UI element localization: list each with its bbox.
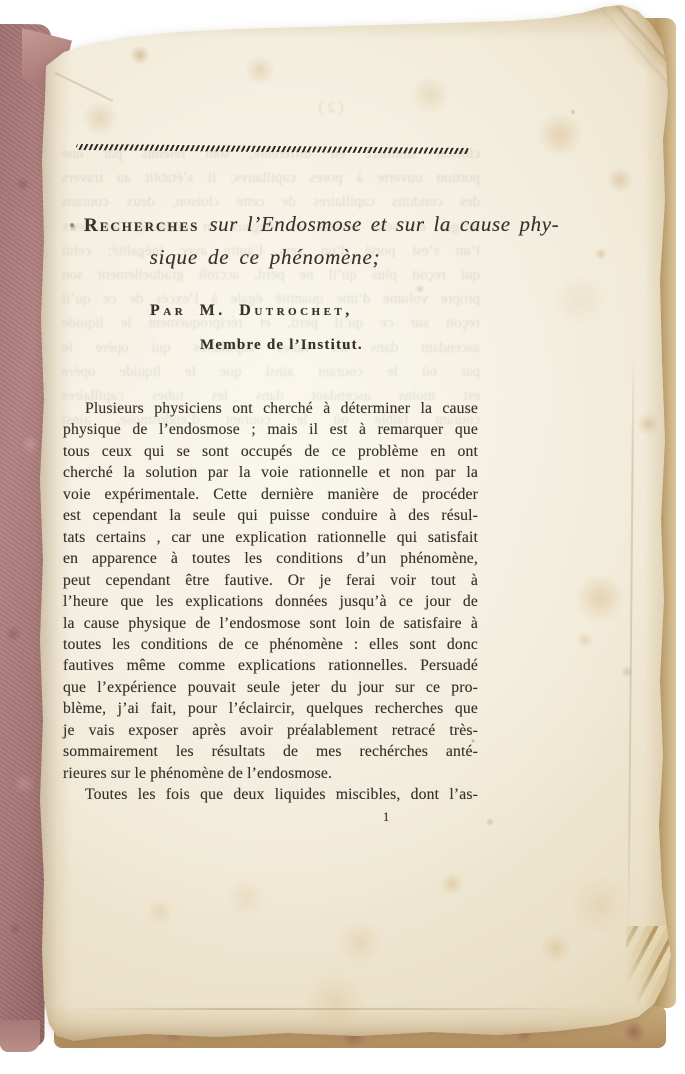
body-line: Toutes les fois que deux liquides miscib… <box>63 784 478 805</box>
decorative-wavy-rule <box>76 144 470 154</box>
body-line: est cependant la seule qui puisse condui… <box>63 505 478 526</box>
body-line: la cause physique de l’endosmose sont lo… <box>63 613 478 634</box>
title-italic: sur l’Endosmose et sur la cause phy- <box>209 212 559 236</box>
author-affiliation: Membre de l’Institut. <box>200 337 363 354</box>
body-line: physique de l’endosmose ; mais il est à … <box>63 419 478 440</box>
body-line: Plusieurs physiciens ont cherché à déter… <box>63 398 478 419</box>
body-line: l’heure que les explications données jus… <box>63 591 478 612</box>
body-line: en apparence à toutes les conditions d’u… <box>63 548 478 569</box>
body-line: tats certains , car une explication rati… <box>63 527 478 548</box>
body-text: Plusieurs physiciens ont cherché à déter… <box>63 398 478 806</box>
bottom-crease-line <box>70 1008 590 1010</box>
book-photograph: ( 2 ) cloison similaire en différente, s… <box>0 0 685 1074</box>
body-line: voie expérimentale. Cette dernière maniè… <box>63 484 478 505</box>
signature-mark: 1 <box>383 810 390 825</box>
body-line: je vais exposer après avoir préalablemen… <box>63 720 478 741</box>
body-line: cherché la solution par la voie rationne… <box>63 462 478 483</box>
body-line: toutes les conditions de ce phénomène : … <box>63 634 478 655</box>
page-paper: ( 2 ) cloison similaire en différente, s… <box>0 0 685 1074</box>
title-smallcaps: Recherches <box>84 215 199 236</box>
body-line: blème, j’ai fait, pour l’éclaircir, quel… <box>63 698 478 719</box>
ink-fleck <box>70 223 74 227</box>
body-line: sommairement les résultats de mes rechér… <box>63 741 478 762</box>
printed-content: Recherchessur l’Endosmose et sur la caus… <box>0 0 685 1074</box>
body-line: fautives même comme explications rationn… <box>63 655 478 676</box>
article-title-line-1: Recherchessur l’Endosmose et sur la caus… <box>84 212 559 237</box>
body-line: que l’expérience pouvait seule jeter du … <box>63 677 478 698</box>
author-byline: Par M. Dutrochet, <box>150 302 353 320</box>
article-title-line-2: sique de ce phénomène; <box>64 245 466 270</box>
body-line: rieures sur le phénomène de l’endosmose. <box>63 763 478 784</box>
page-wrapper: ( 2 ) cloison similaire en différente, s… <box>0 0 685 1074</box>
body-line: peut cependant être fautive. Or je ferai… <box>63 570 478 591</box>
body-line: tous ceux qui se sont occupés de ce prob… <box>63 441 478 462</box>
